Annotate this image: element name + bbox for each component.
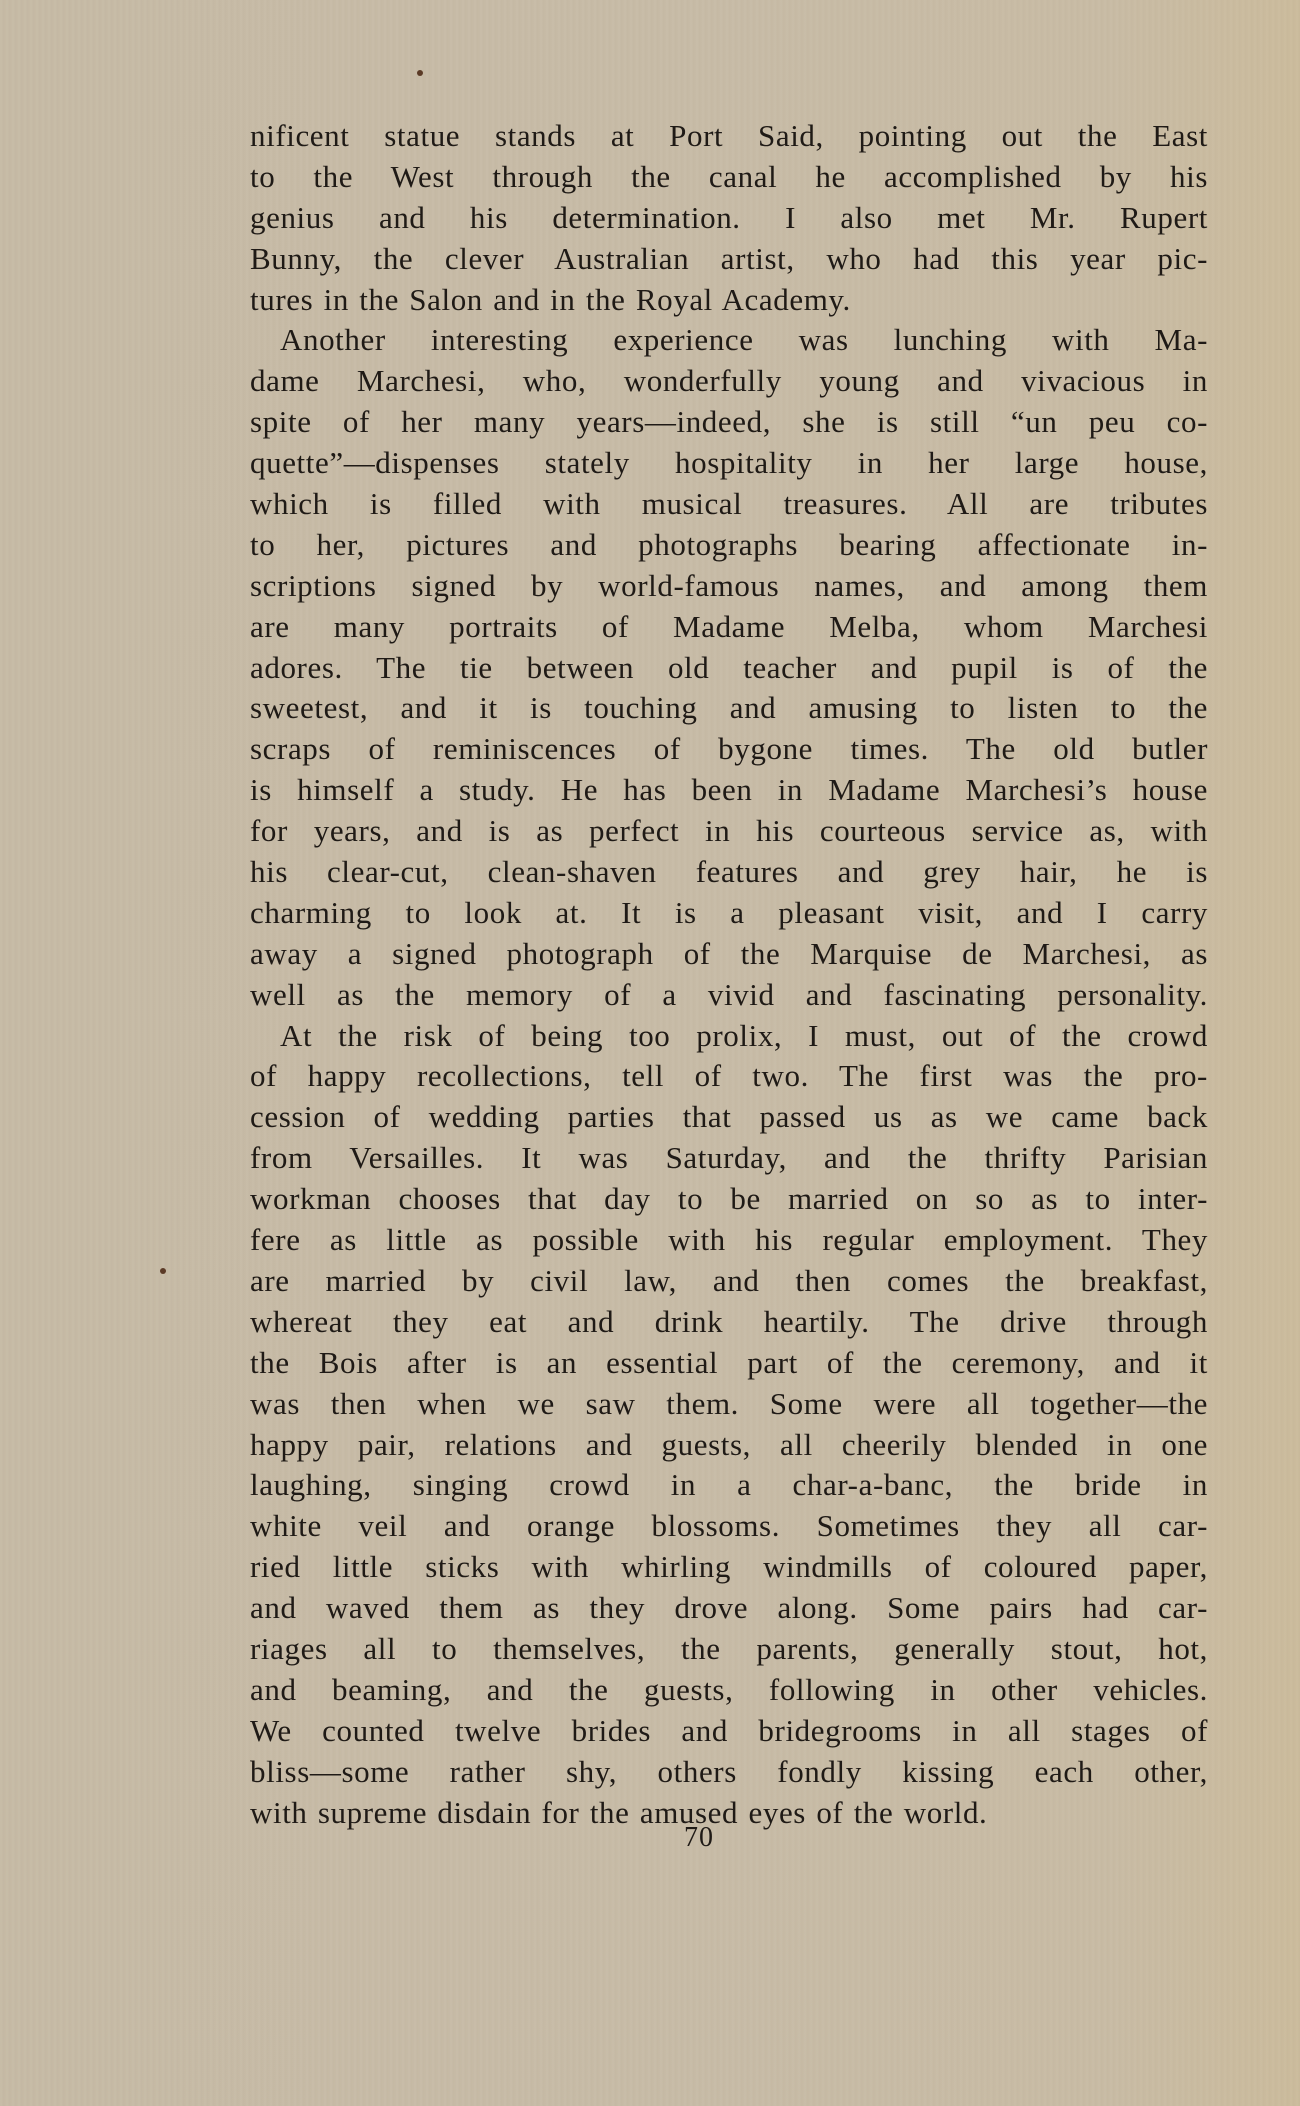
text-line: was then when we saw them. Some were all…	[250, 1384, 1208, 1425]
text-line: scraps of reminiscences of bygone times.…	[250, 729, 1208, 770]
text-line: are married by civil law, and then comes…	[250, 1261, 1208, 1302]
text-line: for years, and is as perfect in his cour…	[250, 811, 1208, 852]
text-line: quette”—dispenses stately hospitality in…	[250, 443, 1208, 484]
text-line: tures in the Salon and in the Royal Acad…	[250, 280, 1208, 321]
text-line: happy pair, relations and guests, all ch…	[250, 1425, 1208, 1466]
text-line: which is filled with musical treasures. …	[250, 484, 1208, 525]
text-line: ried little sticks with whirling windmil…	[250, 1547, 1208, 1588]
text-line: cession of wedding parties that passed u…	[250, 1097, 1208, 1138]
text-line: is himself a study. He has been in Madam…	[250, 770, 1208, 811]
text-line: nificent statue stands at Port Said, poi…	[250, 116, 1208, 157]
text-line: fere as little as possible with his regu…	[250, 1220, 1208, 1261]
paper-speck-top	[417, 70, 423, 76]
text-line: charming to look at. It is a pleasant vi…	[250, 893, 1208, 934]
text-line: are many portraits of Madame Melba, whom…	[250, 607, 1208, 648]
text-line: with supreme disdain for the amused eyes…	[250, 1793, 1208, 1834]
text-line: dame Marchesi, who, wonderfully young an…	[250, 361, 1208, 402]
text-line: genius and his determination. I also met…	[250, 198, 1208, 239]
text-line: laughing, singing crowd in a char-a-banc…	[250, 1465, 1208, 1506]
text-line: well as the memory of a vivid and fascin…	[250, 975, 1208, 1016]
text-line: adores. The tie between old teacher and …	[250, 648, 1208, 689]
text-line: spite of her many years—indeed, she is s…	[250, 402, 1208, 443]
text-line: Bunny, the clever Australian artist, who…	[250, 239, 1208, 280]
text-line: sweetest, and it is touching and amusing…	[250, 688, 1208, 729]
body-text: nificent statue stands at Port Said, poi…	[250, 116, 1208, 1833]
text-line: scriptions signed by world-famous names,…	[250, 566, 1208, 607]
text-line: and waved them as they drove along. Some…	[250, 1588, 1208, 1629]
text-line: Another interesting experience was lunch…	[250, 320, 1208, 361]
text-line: bliss—some rather shy, others fondly kis…	[250, 1752, 1208, 1793]
paragraph-3: At the risk of being too prolix, I must,…	[250, 1016, 1208, 1834]
text-line: his clear-cut, clean-shaven features and…	[250, 852, 1208, 893]
text-line: white veil and orange blossoms. Sometime…	[250, 1506, 1208, 1547]
page-number: 70	[684, 1822, 714, 1854]
paragraph-2: Another interesting experience was lunch…	[250, 320, 1208, 1015]
text-line: workman chooses that day to be married o…	[250, 1179, 1208, 1220]
paper-speck-left	[160, 1268, 166, 1274]
text-line: of happy recollections, tell of two. The…	[250, 1056, 1208, 1097]
text-line: away a signed photograph of the Marquise…	[250, 934, 1208, 975]
text-line: and beaming, and the guests, following i…	[250, 1670, 1208, 1711]
text-line: whereat they eat and drink heartily. The…	[250, 1302, 1208, 1343]
text-line: to the West through the canal he accompl…	[250, 157, 1208, 198]
text-line: riages all to themselves, the parents, g…	[250, 1629, 1208, 1670]
text-line: At the risk of being too prolix, I must,…	[250, 1016, 1208, 1057]
paragraph-1: nificent statue stands at Port Said, poi…	[250, 116, 1208, 320]
text-line: the Bois after is an essential part of t…	[250, 1343, 1208, 1384]
text-line: from Versailles. It was Saturday, and th…	[250, 1138, 1208, 1179]
text-line: We counted twelve brides and bridegrooms…	[250, 1711, 1208, 1752]
text-line: to her, pictures and photographs bearing…	[250, 525, 1208, 566]
